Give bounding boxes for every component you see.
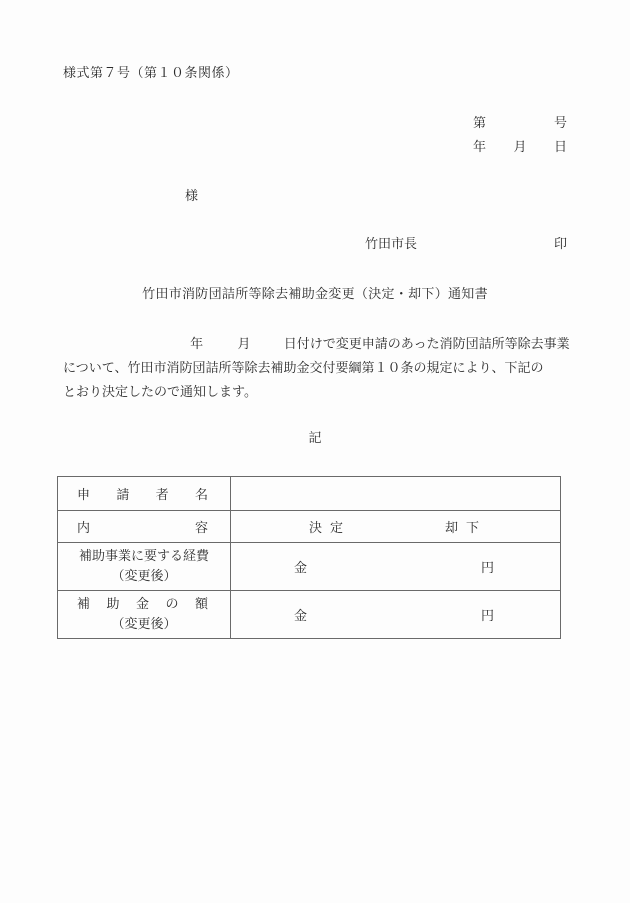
amount-prefix: 金 <box>294 557 307 576</box>
label-char: 額 <box>195 595 208 615</box>
body-line-1: 年 月 日付けで変更申請のあった消防団詰所等除去事業 <box>63 333 568 357</box>
option-approve[interactable]: 決定 <box>309 517 445 536</box>
label-char: 請 <box>116 484 129 503</box>
subsidy-amount-label: 補 助 金 の 額 （変更後） <box>58 591 231 639</box>
option-reject[interactable]: 却下 <box>445 517 487 536</box>
subsidy-amount-cell[interactable]: 金 円 <box>231 591 561 639</box>
body-line-2: について、竹田市消防団詰所等除去補助金交付要綱第１０条の規定により、下記の <box>63 357 568 381</box>
number-suffix: 号 <box>554 116 567 132</box>
label-line: （変更後） <box>58 615 230 635</box>
label-char: 助 <box>106 595 119 615</box>
body-line-1-rest: 日付けで変更申請のあった消防団詰所等除去事業 <box>284 337 570 352</box>
amount-prefix: 金 <box>294 605 307 624</box>
label-char: 金 <box>136 595 149 615</box>
body-year: 年 <box>190 337 203 352</box>
table-row-project-cost: 補助事業に要する経費 （変更後） 金 円 <box>58 543 561 591</box>
form-number-label: 様式第７号（第１０条関係） <box>63 66 239 82</box>
label-char: 申 <box>77 484 90 503</box>
applicant-label: 申 請 者 名 <box>58 477 231 511</box>
amount-unit: 円 <box>481 605 494 624</box>
date-year: 年 <box>473 140 486 156</box>
decision-options-cell: 決定 却下 <box>231 511 561 543</box>
notice-body: 年 月 日付けで変更申請のあった消防団詰所等除去事業 について、竹田市消防団詰所… <box>63 333 568 405</box>
applicant-value-cell[interactable] <box>231 477 561 511</box>
record-heading: 記 <box>0 431 630 447</box>
seal-mark: 印 <box>554 237 567 253</box>
project-cost-label: 補助事業に要する経費 （変更後） <box>58 543 231 591</box>
number-prefix: 第 <box>473 116 486 132</box>
decision-table: 申 請 者 名 内 容 決定 却下 補助事業に要する経費 （変更後） <box>57 476 561 639</box>
label-char: の <box>165 595 178 615</box>
table-row-content: 内 容 決定 却下 <box>58 511 561 543</box>
date-day: 日 <box>554 140 567 156</box>
content-label: 内 容 <box>58 511 231 543</box>
amount-unit: 円 <box>481 557 494 576</box>
label-char: 内 <box>77 517 90 536</box>
label-line: （変更後） <box>58 567 230 587</box>
addressee-suffix: 様 <box>185 189 198 205</box>
label-line: 補助事業に要する経費 <box>58 547 230 567</box>
table-row-applicant: 申 請 者 名 <box>58 477 561 511</box>
document-number-line: 第 号 <box>473 116 567 132</box>
label-char: 名 <box>195 484 208 503</box>
issuer-name: 竹田市長 <box>365 237 417 253</box>
body-month: 月 <box>237 337 250 352</box>
table-row-subsidy-amount: 補 助 金 の 額 （変更後） 金 円 <box>58 591 561 639</box>
label-char: 補 <box>77 595 90 615</box>
label-char: 容 <box>195 517 208 536</box>
document-title: 竹田市消防団詰所等除去補助金変更（決定・却下）通知書 <box>0 287 630 303</box>
date-month: 月 <box>513 140 526 156</box>
project-cost-amount-cell[interactable]: 金 円 <box>231 543 561 591</box>
body-line-3: とおり決定したので通知します。 <box>63 381 568 405</box>
label-char: 者 <box>156 484 169 503</box>
issue-date-line: 年 月 日 <box>473 140 567 156</box>
